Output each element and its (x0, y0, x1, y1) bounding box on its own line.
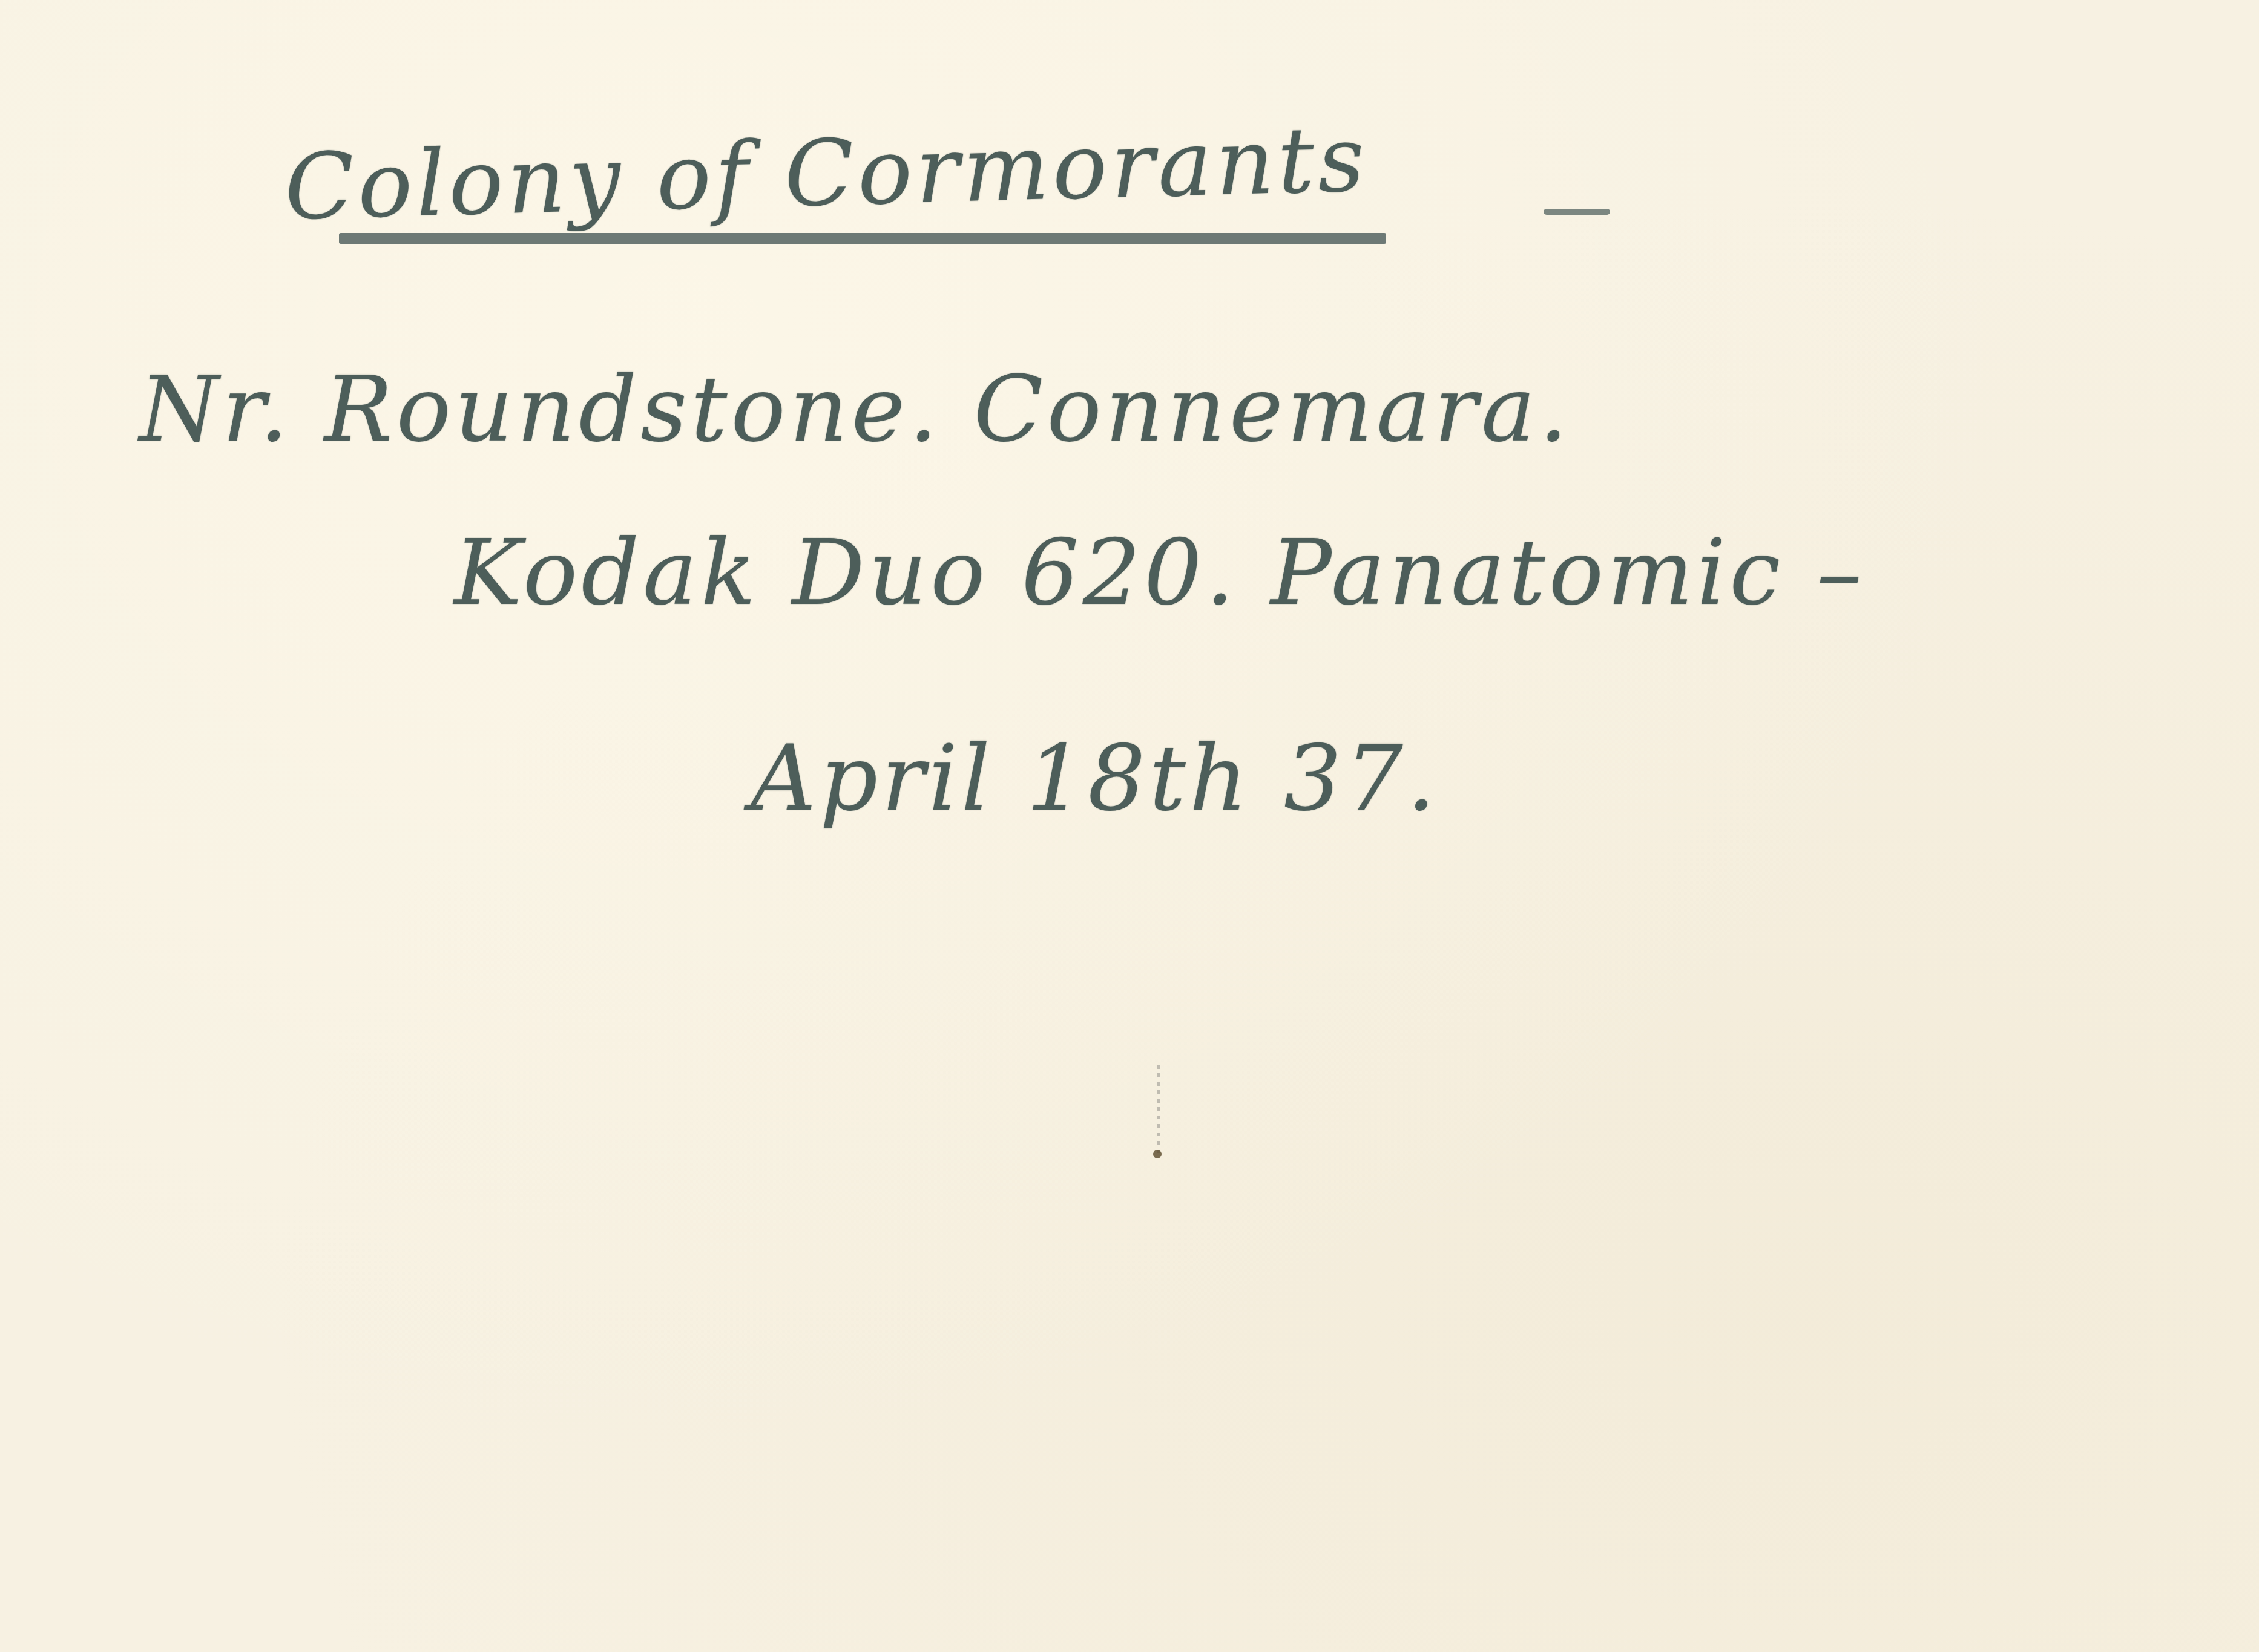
handwritten-camera-film: Kodak Duo 620. Panatomic – (454, 520, 1866, 626)
ink-spot-mark (1153, 1150, 1162, 1158)
title-dash (1544, 209, 1610, 215)
handwritten-date: April 18th 37. (751, 726, 1439, 831)
handwritten-location: Nr. Roundstone. Connemara. (139, 357, 1571, 462)
pencil-smudge-mark (1157, 1065, 1160, 1156)
title-underline (339, 233, 1386, 244)
